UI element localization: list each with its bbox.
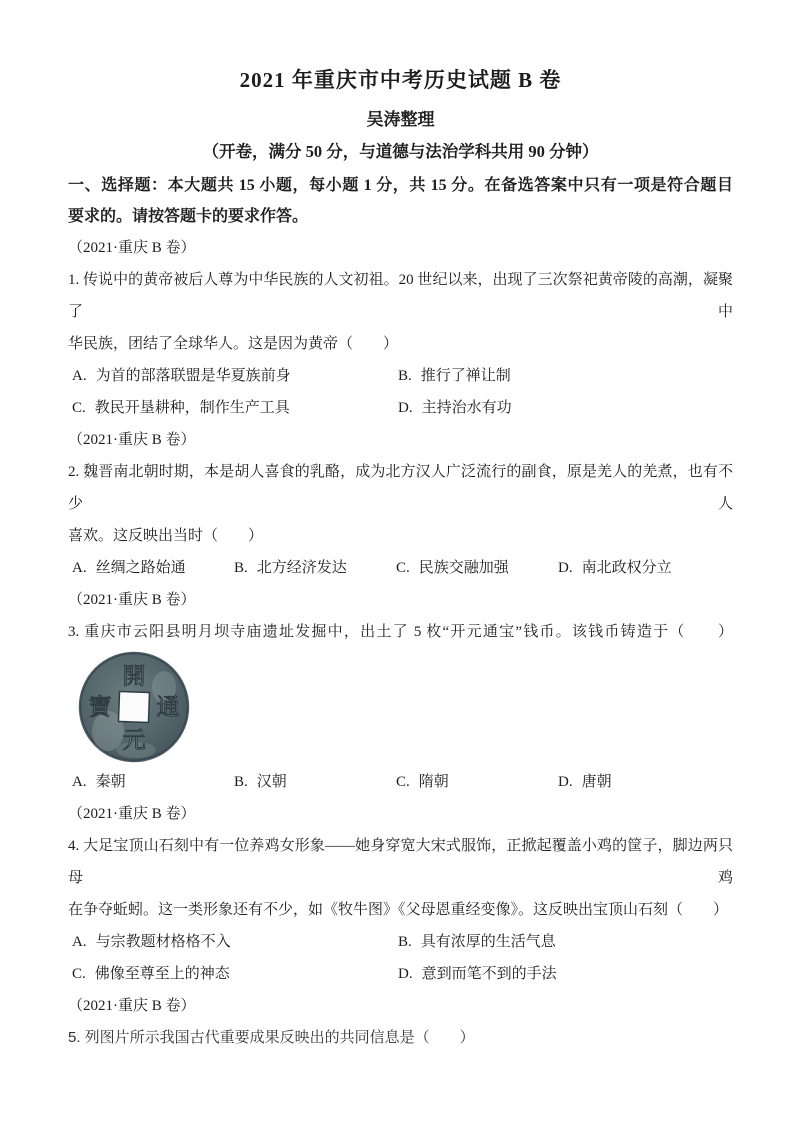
option-label: D. [558,552,573,584]
option-text: 汉朝 [257,766,287,798]
option-label: B. [398,926,412,958]
option-a: A.秦朝 [72,766,234,798]
option-label: A. [72,926,87,958]
question-4: 4. 大足宝顶山石刻中有一位养鸡女形象——她身穿宽大宋式服饰，正掀起覆盖小鸡的筐… [68,830,733,990]
question-5: 5. 列图片所示我国古代重要成果反映出的共同信息是（ ） [68,1022,733,1054]
option-text: 为首的部落联盟是华夏族前身 [96,360,291,392]
question-stem-line: 在争夺蚯蚓。这一类形象还有不少，如《牧牛图》《父母恩重经变像》。这反映出宝顶山石… [68,894,733,926]
question-stem-line: 2. 魏晋南北朝时期，本是胡人喜食的乳酪，成为北方汉人广泛流行的副食，原是羌人的… [68,456,733,520]
option-label: D. [398,392,413,424]
compiler-line: 吴涛整理 [68,108,733,132]
source-tag: （2021·重庆 B 卷） [68,584,733,616]
option-text: 意到而笔不到的手法 [422,958,557,990]
exam-page: 2021 年重庆市中考历史试题 B 卷 吴涛整理 （开卷，满分 50 分，与道德… [0,0,793,1122]
option-text: 秦朝 [96,766,126,798]
options-row: A.秦朝 B.汉朝 C.隋朝 D.唐朝 [68,766,733,798]
coin-char-bottom: 元 [123,728,146,753]
question-stem-line: 5. 列图片所示我国古代重要成果反映出的共同信息是（ ） [68,1022,733,1054]
options-row: A.与宗教题材格格不入 B.具有浓厚的生活气息 [68,926,733,958]
option-text: 推行了禅让制 [421,360,511,392]
option-text: 具有浓厚的生活气息 [421,926,556,958]
option-label: A. [72,360,87,392]
option-c: C.民族交融加强 [396,552,558,584]
option-text: 民族交融加强 [419,552,509,584]
option-b: B.北方经济发达 [234,552,396,584]
option-text: 与宗教题材格格不入 [96,926,231,958]
option-text: 北方经济发达 [257,552,347,584]
option-label: A. [72,766,87,798]
option-c: C.佛像至尊至上的神态 [72,958,398,990]
option-b: B.推行了禅让制 [398,360,511,392]
option-d: D.南北政权分立 [558,552,672,584]
option-label: C. [72,958,86,990]
option-text: 教民开垦耕种，制作生产工具 [95,392,290,424]
option-label: D. [398,958,413,990]
question-3: 3. 重庆市云阳县明月坝寺庙遗址发掘中，出土了 5 枚“开元通宝”钱币。该钱币铸… [68,616,733,798]
option-label: C. [396,552,410,584]
option-label: A. [72,552,87,584]
option-label: C. [72,392,86,424]
source-tag: （2021·重庆 B 卷） [68,232,733,264]
options-row: C.教民开垦耕种，制作生产工具 D.主持治水有功 [68,392,733,424]
source-tag: （2021·重庆 B 卷） [68,990,733,1022]
coin-hole [118,691,149,722]
coin-char-top: 開 [123,664,146,689]
option-d: D.唐朝 [558,766,612,798]
section-heading-line-1: 一、选择题：本大题共 15 小题，每小题 1 分，共 15 分。在备选答案中只有… [68,170,733,201]
option-text: 主持治水有功 [422,392,512,424]
question-stem-line: 1. 传说中的黄帝被后人尊为中华民族的人文初祖。20 世纪以来，出现了三次祭祀黄… [68,264,733,328]
open-book-note: （开卷，满分 50 分，与道德与法治学科共用 90 分钟） [68,139,733,165]
kaiyuan-tongbao-coin-image: 開 通 元 寶 [78,651,190,763]
option-label: B. [234,552,248,584]
option-text: 丝绸之路始通 [96,552,186,584]
exam-title: 2021 年重庆市中考历史试题 B 卷 [68,64,733,96]
option-text: 唐朝 [582,766,612,798]
option-d: D.主持治水有功 [398,392,512,424]
option-text: 佛像至尊至上的神态 [95,958,230,990]
option-a: A.与宗教题材格格不入 [72,926,398,958]
question-stem-line: 3. 重庆市云阳县明月坝寺庙遗址发掘中，出土了 5 枚“开元通宝”钱币。该钱币铸… [68,616,733,648]
section-heading: 一、选择题：本大题共 15 小题，每小题 1 分，共 15 分。在备选答案中只有… [68,170,733,232]
option-label: C. [396,766,410,798]
option-a: A.丝绸之路始通 [72,552,234,584]
question-1: 1. 传说中的黄帝被后人尊为中华民族的人文初祖。20 世纪以来，出现了三次祭祀黄… [68,264,733,424]
question-stem-line: 喜欢。这反映出当时（ ） [68,520,733,552]
option-c: C.教民开垦耕种，制作生产工具 [72,392,398,424]
source-tag: （2021·重庆 B 卷） [68,798,733,830]
coin-char-right: 通 [157,695,180,720]
option-b: B.汉朝 [234,766,396,798]
option-label: D. [558,766,573,798]
source-tag: （2021·重庆 B 卷） [68,424,733,456]
question-stem-line: 4. 大足宝顶山石刻中有一位养鸡女形象——她身穿宽大宋式服饰，正掀起覆盖小鸡的筐… [68,830,733,894]
option-c: C.隋朝 [396,766,558,798]
options-row: A.为首的部落联盟是华夏族前身 B.推行了禅让制 [68,360,733,392]
question-2: 2. 魏晋南北朝时期，本是胡人喜食的乳酪，成为北方汉人广泛流行的副食，原是羌人的… [68,456,733,584]
section-heading-line-2: 要求的。请按答题卡的要求作答。 [68,201,733,232]
options-row: C.佛像至尊至上的神态 D.意到而笔不到的手法 [68,958,733,990]
options-row: A.丝绸之路始通 B.北方经济发达 C.民族交融加强 D.南北政权分立 [68,552,733,584]
option-d: D.意到而笔不到的手法 [398,958,557,990]
question-stem-line: 华民族，团结了全球华人。这是因为黄帝（ ） [68,328,733,360]
option-b: B.具有浓厚的生活气息 [398,926,556,958]
coin-photo: 開 通 元 寶 [78,651,733,763]
coin-char-left: 寶 [89,695,112,720]
option-label: B. [234,766,248,798]
option-text: 南北政权分立 [582,552,672,584]
option-text: 隋朝 [419,766,449,798]
option-a: A.为首的部落联盟是华夏族前身 [72,360,398,392]
option-label: B. [398,360,412,392]
